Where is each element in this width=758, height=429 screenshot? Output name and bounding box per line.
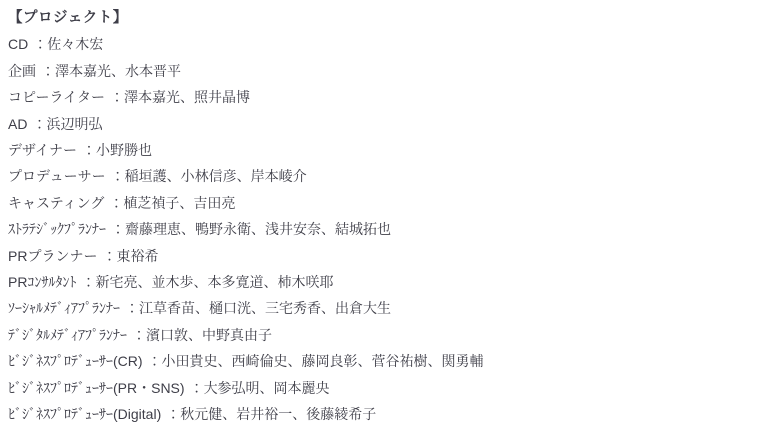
- credit-separator: ：: [148, 353, 162, 369]
- credit-row: ﾃﾞｼﾞﾀﾙﾒﾃﾞｨｱﾌﾟﾗﾝﾅｰ：濱口敦、中野真由子: [8, 322, 750, 348]
- credit-role-label: AD: [8, 116, 27, 132]
- credit-row: 企画：澤本嘉光、水本晋平: [8, 58, 750, 84]
- credit-separator: ：: [33, 36, 47, 52]
- credit-role-label: ﾋﾞｼﾞﾈｽﾌﾟﾛﾃﾞｭｰｻｰ(CR): [8, 353, 143, 369]
- credit-role-label: コピーライター: [8, 89, 105, 105]
- credit-names: 江草香苗、樋口洸、三宅秀香、出倉大生: [139, 300, 391, 316]
- credit-separator: ：: [81, 274, 95, 290]
- credit-row: ﾋﾞｼﾞﾈｽﾌﾟﾛﾃﾞｭｰｻｰ(PR・SNS)：大参弘明、岡本麗央: [8, 375, 750, 401]
- credit-separator: ：: [111, 221, 125, 237]
- credit-role-label: PRｺﾝｻﾙﾀﾝﾄ: [8, 274, 76, 290]
- credit-row: PRプランナー：東裕希: [8, 243, 750, 269]
- credit-row: プロデューサー：稲垣護、小林信彦、岸本崚介: [8, 163, 750, 189]
- credit-role-label: ﾃﾞｼﾞﾀﾙﾒﾃﾞｨｱﾌﾟﾗﾝﾅｰ: [8, 327, 127, 343]
- credit-role-label: プロデューサー: [8, 168, 106, 184]
- credit-row: ﾋﾞｼﾞﾈｽﾌﾟﾛﾃﾞｭｰｻｰ(CR)：小田貴史、西崎倫史、藤岡良彰、菅谷祐樹、…: [8, 348, 750, 374]
- credit-separator: ：: [109, 195, 123, 211]
- credit-role-label: ｽﾄﾗﾃｼﾞｯｸﾌﾟﾗﾝﾅｰ: [8, 221, 106, 237]
- credit-separator: ：: [166, 406, 180, 422]
- credit-row: デザイナー：小野勝也: [8, 137, 750, 163]
- credit-names: 佐々木宏: [47, 36, 103, 52]
- credit-row: コピーライター：澤本嘉光、照井晶博: [8, 84, 750, 110]
- credit-row: ｽﾄﾗﾃｼﾞｯｸﾌﾟﾗﾝﾅｰ：齋藤理恵、鴨野永衛、浅井安奈、結城拓也: [8, 216, 750, 242]
- credit-names: 稲垣護、小林信彦、岸本崚介: [125, 168, 307, 184]
- credit-names: 小田貴史、西崎倫史、藤岡良彰、菅谷祐樹、関勇輔: [162, 353, 484, 369]
- credit-row: ﾋﾞｼﾞﾈｽﾌﾟﾛﾃﾞｭｰｻｰ(Digital)：秋元健、岩井裕一、後藤綾希子: [8, 401, 750, 427]
- credit-separator: ：: [32, 116, 46, 132]
- credit-role-label: ﾋﾞｼﾞﾈｽﾌﾟﾛﾃﾞｭｰｻｰ(Digital): [8, 406, 161, 422]
- credit-row: AD：浜辺明弘: [8, 111, 750, 137]
- credit-names: 新宅亮、並木歩、本多寛道、柿木咲耶: [95, 274, 333, 290]
- credit-names: 澤本嘉光、水本晋平: [55, 63, 181, 79]
- credit-names: 大参弘明、岡本麗央: [204, 380, 330, 396]
- credit-row: キャスティング：植芝禎子、吉田亮: [8, 190, 750, 216]
- credit-role-label: PRプランナー: [8, 248, 97, 264]
- credits-page: 【プロジェクト】 CD：佐々木宏 企画：澤本嘉光、水本晋平 コピーライター：澤本…: [0, 0, 758, 428]
- credit-separator: ：: [82, 142, 96, 158]
- credit-role-label: CD: [8, 36, 28, 52]
- credit-role-label: ｿｰｼｬﾙﾒﾃﾞｨｱﾌﾟﾗﾝﾅｰ: [8, 300, 120, 316]
- credit-names: 浜辺明弘: [46, 116, 102, 132]
- credit-names: 秋元健、岩井裕一、後藤綾希子: [180, 406, 376, 422]
- credit-separator: ：: [190, 380, 204, 396]
- credit-separator: ：: [125, 300, 139, 316]
- credit-names: 植芝禎子、吉田亮: [123, 195, 235, 211]
- credit-names: 濱口敦、中野真由子: [146, 327, 272, 343]
- credit-separator: ：: [132, 327, 146, 343]
- credit-role-label: キャスティング: [8, 195, 104, 211]
- credit-separator: ：: [102, 248, 116, 264]
- credit-separator: ：: [110, 89, 124, 105]
- credit-names: 齋藤理恵、鴨野永衛、浅井安奈、結城拓也: [125, 221, 391, 237]
- credit-role-label: デザイナー: [8, 142, 77, 158]
- credit-separator: ：: [41, 63, 55, 79]
- credit-separator: ：: [111, 168, 125, 184]
- credit-names: 小野勝也: [96, 142, 152, 158]
- credit-names: 澤本嘉光、照井晶博: [124, 89, 250, 105]
- credit-names: 東裕希: [116, 248, 158, 264]
- credit-role-label: ﾋﾞｼﾞﾈｽﾌﾟﾛﾃﾞｭｰｻｰ(PR・SNS): [8, 380, 185, 396]
- credit-row: PRｺﾝｻﾙﾀﾝﾄ：新宅亮、並木歩、本多寛道、柿木咲耶: [8, 269, 750, 295]
- page-title: 【プロジェクト】: [8, 5, 750, 31]
- credit-role-label: 企画: [8, 63, 36, 79]
- credit-row: ｿｰｼｬﾙﾒﾃﾞｨｱﾌﾟﾗﾝﾅｰ：江草香苗、樋口洸、三宅秀香、出倉大生: [8, 295, 750, 321]
- credit-row: CD：佐々木宏: [8, 31, 750, 57]
